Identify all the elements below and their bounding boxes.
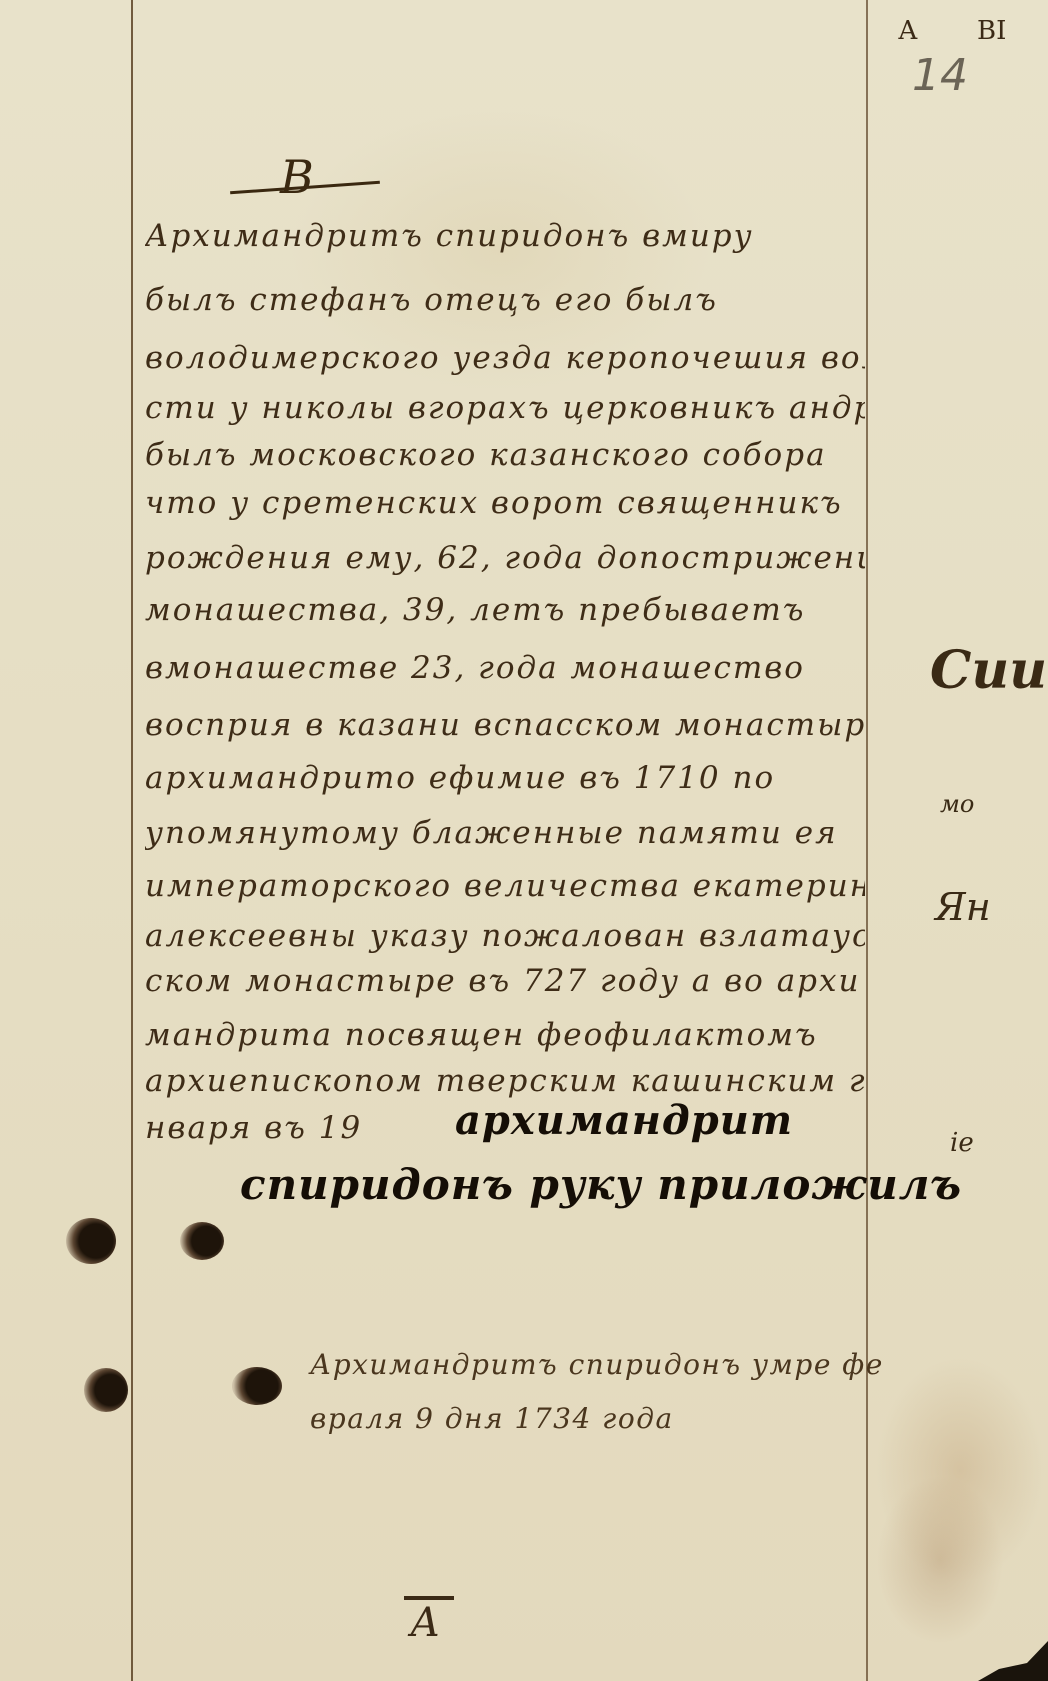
margin-mark-sii: Сии (930, 640, 1047, 701)
body-line: былъ московского казанского собора (145, 437, 865, 473)
pencil-folio-number: 14 (912, 50, 968, 101)
torn-corner (978, 1641, 1048, 1681)
ink-blot (84, 1368, 128, 1412)
signature-title: архимандрит (455, 1097, 793, 1144)
signature-name: спиридонъ руку приложилъ (240, 1160, 962, 1209)
body-line: императорского величества екатерины (145, 868, 865, 904)
folio-letters-vi: ВI (977, 16, 1006, 46)
body-line: мандрита посвящен феофилактомъ (145, 1017, 865, 1053)
body-line: алексеевны указу пожалован взлатаустов (145, 918, 865, 954)
body-line: вмонашестве 23, года монашество (145, 650, 865, 686)
ink-blot (232, 1367, 282, 1405)
death-note-line: враля 9 дня 1734 года (310, 1402, 674, 1435)
body-line: нваря въ 19 (145, 1110, 445, 1146)
margin-mark-mo: мо (940, 790, 974, 818)
left-margin-rule (131, 0, 133, 1681)
body-line: сти у николы вгорахъ церковникъ андре (145, 390, 865, 426)
body-line: упомянутому блаженные памяти ея (145, 815, 865, 851)
body-line: монашества, 39, летъ пребываетъ (145, 592, 865, 628)
ink-blot (66, 1218, 116, 1264)
body-line: архимандрито ефимие въ 1710 по (145, 760, 865, 796)
manuscript-page: А ВI 14 В Архимандритъ спиридонъ вмиру б… (0, 0, 1048, 1681)
body-line: былъ стефанъ отецъ его былъ (145, 282, 865, 318)
body-line: Архимандритъ спиридонъ вмиру (145, 218, 865, 254)
death-note-line: Архимандритъ спиридонъ умре фе (310, 1348, 884, 1381)
right-margin-rule (866, 0, 868, 1681)
body-line: ском монастыре въ 727 году а во архи (145, 963, 865, 999)
margin-mark-ie: ie (950, 1128, 974, 1158)
folio-letter-a: А (898, 16, 918, 46)
catchword: А (410, 1600, 440, 1646)
section-heading-mark: В (280, 150, 314, 204)
body-line: что у сретенских ворот священникъ (145, 485, 865, 521)
body-line: рождения ему, 62, года допострижения (145, 540, 865, 576)
body-line: восприя в казани вспасском монастыре (145, 707, 865, 743)
body-line: володимерского уезда керопочешия воло (145, 340, 865, 376)
ink-blot (180, 1222, 224, 1260)
margin-mark-yan: Ян (935, 885, 991, 929)
body-line: архиепископом тверским кашинским ге (145, 1063, 865, 1099)
